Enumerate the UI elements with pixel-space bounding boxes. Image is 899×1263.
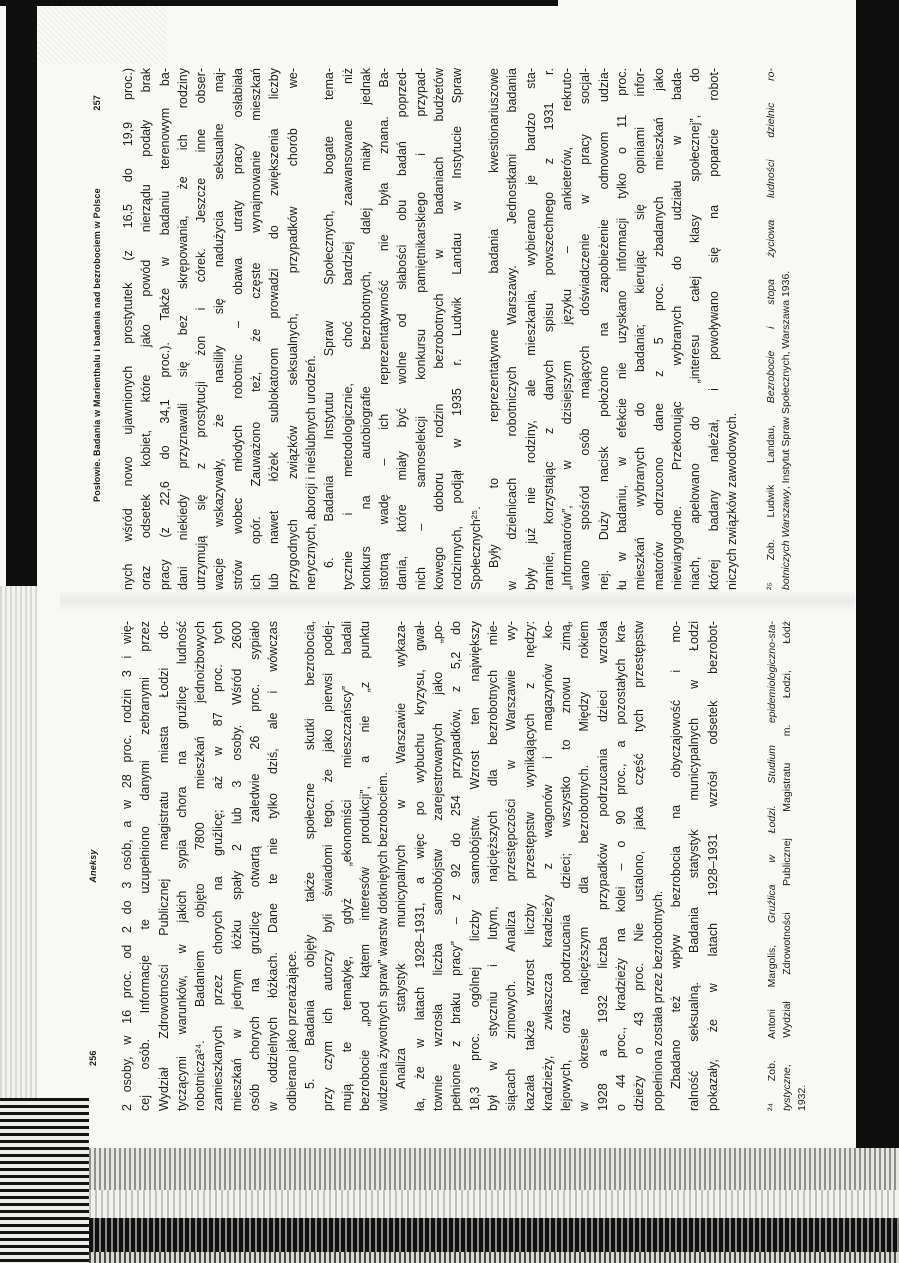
text-line: Wydział Zdrowotności Publicznej magistra… bbox=[155, 621, 173, 1111]
text-line: dania, które miały być wolne od słabości… bbox=[393, 68, 411, 590]
page-257-rotated-content: Posłowie. Badania w Marienthalu i badani… bbox=[92, 68, 812, 590]
running-head: Posłowie. Badania w Marienthalu i badani… bbox=[92, 95, 102, 502]
text-line: w okresie najcięższym dla bezrobotnych. … bbox=[575, 621, 593, 1111]
page-edges-bottom-band-4 bbox=[89, 1252, 899, 1263]
text-line: 18,3 proc. ogólnej liczby samobójstw. Wz… bbox=[466, 621, 484, 1111]
page-lines: 2 osoby, w 16 proc. od 2 do 3 osób, a w … bbox=[118, 621, 722, 1111]
text-line: nerycznych, aborcji i nieślubnych urodze… bbox=[302, 68, 320, 590]
text-line: zamieszkanych przez chorych na gruźlicę;… bbox=[209, 621, 227, 1111]
running-title: Aneksy bbox=[88, 621, 98, 1111]
page-edges-left-hatch bbox=[0, 586, 37, 1098]
text-line: matorów odrzucono dane z 5 proc. zbadany… bbox=[650, 68, 668, 590]
footnote-text: ²⁵ Zob. Ludwik Landau, bbox=[765, 403, 777, 590]
text-line: ła, że w latach 1928–1931, a więc po wyb… bbox=[411, 621, 429, 1111]
page-edges-bottom-band-1 bbox=[89, 1148, 899, 1190]
text-line: niach, apelowano do „interesu całej klas… bbox=[686, 68, 704, 590]
text-line: odbierano jako przerażające. bbox=[283, 621, 301, 1111]
text-line: Zbadano też wpływ bezrobocia na obyczajo… bbox=[667, 621, 685, 1111]
text-line: oraz odsetek kobiet, które jako powód ni… bbox=[137, 68, 155, 590]
text-line: kradzieży, zwłaszcza kradzieży z wagonów… bbox=[539, 621, 557, 1111]
footnote-cited-title: Gruźlica w Łodzi. Studium epidemiologicz… bbox=[766, 621, 778, 923]
text-line: mieszkań wybranych do badania; kierując … bbox=[631, 68, 649, 590]
text-line: w oddzielnych łóżkach. Dane te nie tylko… bbox=[264, 621, 282, 1111]
text-line: był w styczniu i lutym, najcięższych dla… bbox=[484, 621, 502, 1111]
text-line: o 44 proc., kradzieży na kolei – o 90 pr… bbox=[612, 621, 630, 1111]
footnote: ²⁵ Zob. Ludwik Landau, Bezrobocie i stop… bbox=[764, 68, 794, 590]
text-line: ralność seksualną. Badania statystyk mun… bbox=[685, 621, 703, 1111]
text-line: 1928 a 1932 liczba przypadków podrzucani… bbox=[594, 621, 612, 1111]
text-line: dani niekiedy przyznawali się bez skrępo… bbox=[174, 68, 192, 590]
text-line: 2 osoby, w 16 proc. od 2 do 3 osób, a w … bbox=[118, 621, 136, 1111]
text-line: 5. Badania objęły także społeczne skutki… bbox=[301, 621, 319, 1111]
text-line: pokazały, że w latach 1928–1931 wzrósł o… bbox=[704, 621, 722, 1111]
page-scan-257: Posłowie. Badania w Marienthalu i badani… bbox=[92, 58, 812, 580]
footnote-line: botniczych Warszawy, Instytut Spraw Społ… bbox=[779, 68, 794, 590]
footnote-cited-title: Bezrobocie i stopa życiowa ludności dzie… bbox=[765, 68, 777, 403]
text-line: kazała także wzrost liczby przestępstw w… bbox=[521, 621, 539, 1111]
text-line: istotną wadę – ich reprezentatywność nie… bbox=[375, 68, 393, 590]
text-line: bezrobocie „pod kątem interesów produkcj… bbox=[356, 621, 374, 1111]
page-edges-bottom-left bbox=[0, 1098, 89, 1263]
text-line: konkurs na autobiografie bezrobotnych, d… bbox=[357, 68, 375, 590]
text-line: tyczącymi warunków, w jakich sypia chora… bbox=[173, 621, 191, 1111]
text-line: przy czym ich autorzy byli świadomi tego… bbox=[319, 621, 337, 1111]
text-line: lub nawet łóżek sublokatorom prowadzi do… bbox=[265, 68, 283, 590]
text-line: Analiza statystyk municypalnych w Warsza… bbox=[392, 621, 410, 1111]
running-title: Posłowie. Badania w Marienthalu i badani… bbox=[92, 188, 102, 502]
text-line: niewiarygodne. Przekonując wybranych do … bbox=[668, 68, 686, 590]
text-line: utrzymują się z prostytucji żon i córek.… bbox=[192, 68, 210, 590]
scan-noise-patch bbox=[37, 0, 167, 64]
text-line: ich opór. Zauważono też, że częste wynaj… bbox=[247, 68, 265, 590]
text-line: rodzinnych, podjął w 1935 r. Ludwik Land… bbox=[448, 68, 466, 590]
text-line: niczych związków zawodowych. bbox=[723, 68, 741, 590]
scanner-bar-right bbox=[856, 0, 899, 1152]
text-line: pracy (z 22,6 do 34,1 proc.). Także w ba… bbox=[156, 68, 174, 590]
footnote: ²⁴ Zob. Antoni Margolis, Gruźlica w Łodz… bbox=[765, 621, 810, 1111]
page-number: 257 bbox=[92, 95, 102, 111]
page-edges-bottom-band-2 bbox=[89, 1190, 899, 1218]
footnote-text: 1932. bbox=[796, 1085, 808, 1111]
text-line: dzieży o 43 proc. Nie ustalono, jaka czę… bbox=[630, 621, 648, 1111]
text-line: „Informatorów”, w dzisiejszym języku – a… bbox=[558, 68, 576, 590]
footnote-cited-title: tystyczne bbox=[781, 1067, 793, 1111]
footnote-cited-title: botniczych Warszawy bbox=[780, 489, 792, 590]
scanner-bar-left bbox=[6, 0, 37, 586]
text-line: kowego doboru rodzin bezrobotnych w bada… bbox=[430, 68, 448, 590]
text-line: wano spośród osób mających doświadczenie… bbox=[576, 68, 594, 590]
text-line: wacje wskazywały, że nasiliły się naduży… bbox=[210, 68, 228, 590]
text-line: Były to reprezentatywne badania kwestion… bbox=[485, 68, 503, 590]
text-line: były już nie rodziny, ale mieszkania, wy… bbox=[522, 68, 540, 590]
book-scan-canvas: { "colors":{"paper":"#f8f8f5","ink":"#1c… bbox=[0, 0, 899, 1263]
text-line: osób chorych na gruźlicę otwartą zaledwi… bbox=[246, 621, 264, 1111]
footnote-text: ²⁴ Zob. Antoni Margolis, bbox=[766, 923, 778, 1111]
footnote-line: 1932. bbox=[795, 621, 810, 1111]
text-line: Społecznych²⁵. bbox=[467, 68, 485, 590]
page-scan-256: 256 Aneksy 2 osoby, w 16 proc. od 2 do 3… bbox=[88, 615, 828, 1105]
text-line: townie wzrosła liczba samobójstw zarejes… bbox=[429, 621, 447, 1111]
text-line: lejowych, oraz podrzucania dzieci; wszys… bbox=[557, 621, 575, 1111]
text-line: przygodnych związków seksualnych, przypa… bbox=[284, 68, 302, 590]
text-line: mieszkań w jednym łóżku spały 2 lub 3 os… bbox=[228, 621, 246, 1111]
text-line: mują te tematykę, gdyż „ekonomiści miesz… bbox=[338, 621, 356, 1111]
text-line: siącach zimowych. Analiza przestępczości… bbox=[502, 621, 520, 1111]
text-line: której badany należał, i powoływano się … bbox=[705, 68, 723, 590]
footnote-text: , Instytut Spraw Społecznych, Warszawa 1… bbox=[780, 271, 792, 489]
gutter-shadow bbox=[60, 590, 855, 612]
text-line: popełniona została przez bezrobotnych. bbox=[649, 621, 667, 1111]
text-line: tycznie i metodologicznie, choć bardziej… bbox=[339, 68, 357, 590]
text-line: nych wśród nowo ujawnionych prostytutek … bbox=[119, 68, 137, 590]
page-lines: nych wśród nowo ujawnionych prostytutek … bbox=[119, 68, 741, 590]
running-head: 256 Aneksy bbox=[88, 621, 100, 1111]
text-line: robotnicza²⁴. Badaniem objęto 7800 miesz… bbox=[191, 621, 209, 1111]
footnote-line: tystyczne, Wydział Zdrowotności Publiczn… bbox=[780, 621, 795, 1111]
page-256-rotated-content: 256 Aneksy 2 osoby, w 16 proc. od 2 do 3… bbox=[88, 621, 828, 1111]
text-line: nej. Duży nacisk położono na zapobieżeni… bbox=[595, 68, 613, 590]
text-line: w dzielnicach robotniczych Warszawy. Jed… bbox=[503, 68, 521, 590]
page-edges-bottom-band-3 bbox=[89, 1218, 899, 1252]
text-line: nich – samoselekcji konkursu pamiętnikar… bbox=[412, 68, 430, 590]
text-line: strów wobec młodych robotnic – obawa utr… bbox=[229, 68, 247, 590]
text-line: cej osób. Informacje te uzupełniono dany… bbox=[136, 621, 154, 1111]
text-line: pełnione z braku pracy” – z 92 do 254 pr… bbox=[447, 621, 465, 1111]
footnote-line: ²⁵ Zob. Ludwik Landau, Bezrobocie i stop… bbox=[764, 68, 779, 590]
text-line: widzenia żywotnych spraw” warstw dotknię… bbox=[374, 621, 392, 1111]
footnote-text: , Wydział Zdrowotności Publicznej Magist… bbox=[781, 621, 793, 1067]
text-line: łu w badaniu, w efekcie nie uzyskano inf… bbox=[613, 68, 631, 590]
footnote-line: ²⁴ Zob. Antoni Margolis, Gruźlica w Łodz… bbox=[765, 621, 780, 1111]
text-line: 6. Badania Instytutu Spraw Społecznych, … bbox=[320, 68, 338, 590]
text-line: rannie, korzystając z danych spisu powsz… bbox=[540, 68, 558, 590]
